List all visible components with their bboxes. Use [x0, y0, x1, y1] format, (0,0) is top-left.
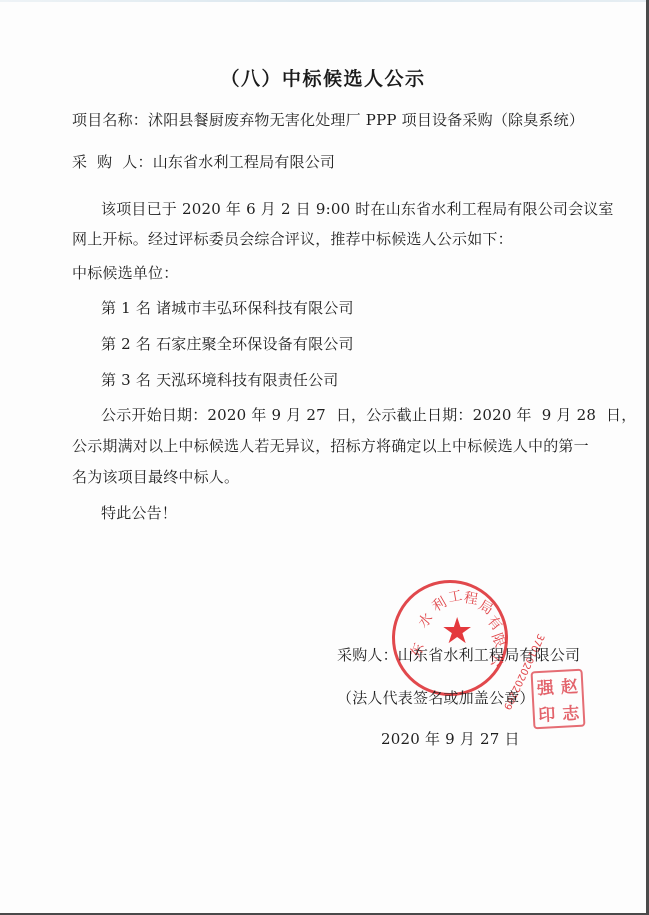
candidate-item: 第 2 名 石家庄聚全环保设备有限公司 — [101, 334, 354, 354]
project-name-label: 项目名称： — [72, 111, 148, 129]
paragraph-1-line-2: 网上开标。经过评标委员会综合评议，推荐中标候选人公示如下： — [72, 229, 513, 249]
candidate-rank: 第 2 名 — [101, 335, 151, 353]
square-seal-char: 强 — [536, 673, 554, 699]
document-title: （八）中标候选人公示 — [0, 64, 646, 91]
purchaser-value: 山东省水利工程局有限公司 — [153, 153, 335, 171]
project-name-row: 项目名称：沭阳县餐厨废弃物无害化处理厂 PPP 项目设备采购（除臭系统） — [72, 110, 584, 130]
candidate-name: 诸城市丰弘环保科技有限公司 — [156, 299, 354, 317]
purchaser-label: 采 购 人： — [72, 153, 153, 171]
closing-statement: 特此公告！ — [101, 503, 177, 523]
paragraph-2-line-3: 名为该项目最终中标人。 — [72, 467, 239, 487]
paragraph-2-line-1: 公示开始日期：2020 年 9 月 27 日，公示截止日期：2020 年 9 月… — [101, 405, 636, 425]
scan-top-edge — [0, 0, 646, 2]
candidate-item: 第 3 名 天泓环境科技有限责任公司 — [101, 370, 338, 390]
signature-seal-note: （法人代表签名或加盖公章） — [337, 688, 535, 708]
document-page: ★ 东 水 利 工 程 局 有 限 公 3701020202209 强 赵 印 … — [0, 0, 649, 915]
paragraph-2-line-2: 公示期满对以上中标候选人若无异议，招标方将确定以上中标候选人中的第一 — [72, 436, 589, 456]
signature-date: 2020 年 9 月 27 日 — [381, 729, 520, 749]
project-name-value: 沭阳县餐厨废弃物无害化处理厂 PPP 项目设备采购（除臭系统） — [148, 111, 584, 129]
candidate-rank: 第 1 名 — [101, 299, 151, 317]
signature-purchaser: 采购人：山东省水利工程局有限公司 — [337, 645, 580, 665]
square-seal-char: 印 — [538, 700, 556, 726]
candidate-name: 石家庄聚全环保设备有限公司 — [156, 335, 354, 353]
personal-square-seal: 强 赵 印 志 — [531, 669, 586, 730]
paragraph-1-line-1: 该项目已于 2020 年 6 月 2 日 9:00 时在山东省水利工程局有限公司… — [101, 199, 614, 219]
candidate-rank: 第 3 名 — [101, 371, 151, 389]
candidates-heading: 中标候选单位： — [72, 263, 178, 283]
candidate-name: 天泓环境科技有限责任公司 — [156, 371, 338, 389]
purchaser-row: 采 购 人：山东省水利工程局有限公司 — [72, 152, 335, 172]
square-seal-char: 志 — [562, 699, 580, 725]
candidate-item: 第 1 名 诸城市丰弘环保科技有限公司 — [101, 298, 354, 318]
square-seal-char: 赵 — [560, 672, 578, 698]
